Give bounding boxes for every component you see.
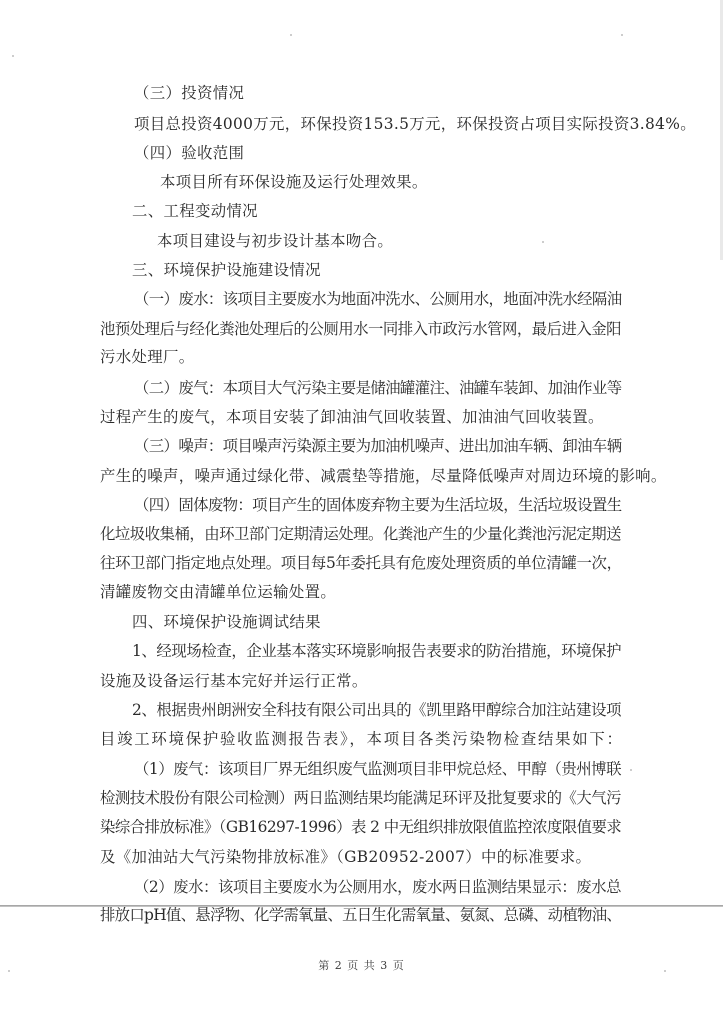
text-line: 染综合排放标准》（GB16297-1996）表 2 中无组织排放限值监控浓度限值…	[100, 817, 621, 837]
text-line: 污水处理厂。	[100, 347, 194, 367]
text-line: 目竣工环境保护验收监测报告表》，本项目各类污染物检查结果如下：	[100, 729, 624, 749]
text-line: （一）废水：该项目主要废水为地面冲洗水、公厕用水，地面冲洗水经隔油	[134, 289, 621, 309]
text-line: 三、环境保护设施建设情况	[132, 260, 321, 280]
text-line: 产生的噪声，噪声通过绿化带、减震垫等措施，尽量降低噪声对周边环境的影响。	[100, 466, 667, 486]
text-line: 本项目所有环保设施及运行处理效果。	[160, 172, 428, 192]
text-line: 本项目建设与初步设计基本吻合。	[157, 231, 393, 251]
text-line: 往环卫部门指定地点处理。项目每5年委托具有危废处理资质的单位清罐一次，	[100, 553, 622, 573]
text-line: （二）废气：本项目大气污染主要是储油罐灌注、油罐车装卸、加油作业等	[134, 378, 621, 398]
text-line: 排放口pH值、悬浮物、化学需氧量、五日生化需氧量、氨氮、总磷、动植物油、	[100, 905, 621, 925]
document-page: （三）投资情况项目总投资4000万元，环保投资153.5万元，环保投资占项目实际…	[0, 0, 723, 1024]
text-line: （四）验收范围	[134, 143, 244, 163]
text-line: （2）废水：该项目主要废水为公厕用水，废水两日监测结果显示：废水总	[134, 877, 621, 897]
text-line: 项目总投资4000万元，环保投资153.5万元，环保投资占项目实际投资3.84%…	[134, 114, 696, 134]
text-line: 及《加油站大气污染物排放标准》（GB20952-2007）中的标准要求。	[100, 847, 591, 867]
scan-speck	[12, 55, 14, 57]
scan-speck	[630, 769, 632, 771]
text-line: 池预处理后与经化粪池处理后的公厕用水一同排入市政污水管网，最后进入金阳	[100, 319, 621, 339]
text-line: 检测技术股份有限公司检测）两日监测结果均能满足环评及批复要求的《大气污	[100, 788, 621, 808]
text-line: 过程产生的废气，本项目安装了卸油油气回收装置、加油油气回收装置。	[100, 407, 604, 427]
scan-fold-line	[0, 905, 723, 907]
text-line: 设施及设备运行基本完好并运行正常。	[100, 671, 368, 691]
scan-speck	[542, 241, 544, 243]
text-line: 二、工程变动情况	[132, 201, 258, 221]
text-line: 化垃圾收集桶，由环卫部门定期清运处理。化粪池产生的少量化粪池污泥定期送	[100, 524, 621, 544]
text-line: （1）废气：该项目厂界无组织废气监测项目非甲烷总烃、甲醇（贵州博联	[134, 759, 621, 779]
page-footer: 第 2 页 共 3 页	[0, 957, 723, 973]
text-line: （四）固体废物：项目产生的固体废弃物主要为生活垃圾，生活垃圾设置生	[134, 495, 621, 515]
text-line: （三）投资情况	[134, 83, 244, 103]
text-line: （三）噪声：项目噪声污染源主要为加油机噪声、进出加油车辆、卸油车辆	[134, 436, 621, 456]
scan-speck	[621, 34, 623, 36]
text-line: 四、环境保护设施调试结果	[132, 612, 321, 632]
text-line: 1、经现场检查，企业基本落实环境影响报告表要求的防治措施，环境保护	[132, 641, 621, 661]
text-line: 2、根据贵州朗洲安全科技有限公司出具的《凯里路甲醇综合加注站建设项	[132, 700, 621, 720]
scan-speck	[290, 34, 292, 36]
text-line: 清罐废物交由清罐单位运输处置。	[100, 582, 336, 602]
